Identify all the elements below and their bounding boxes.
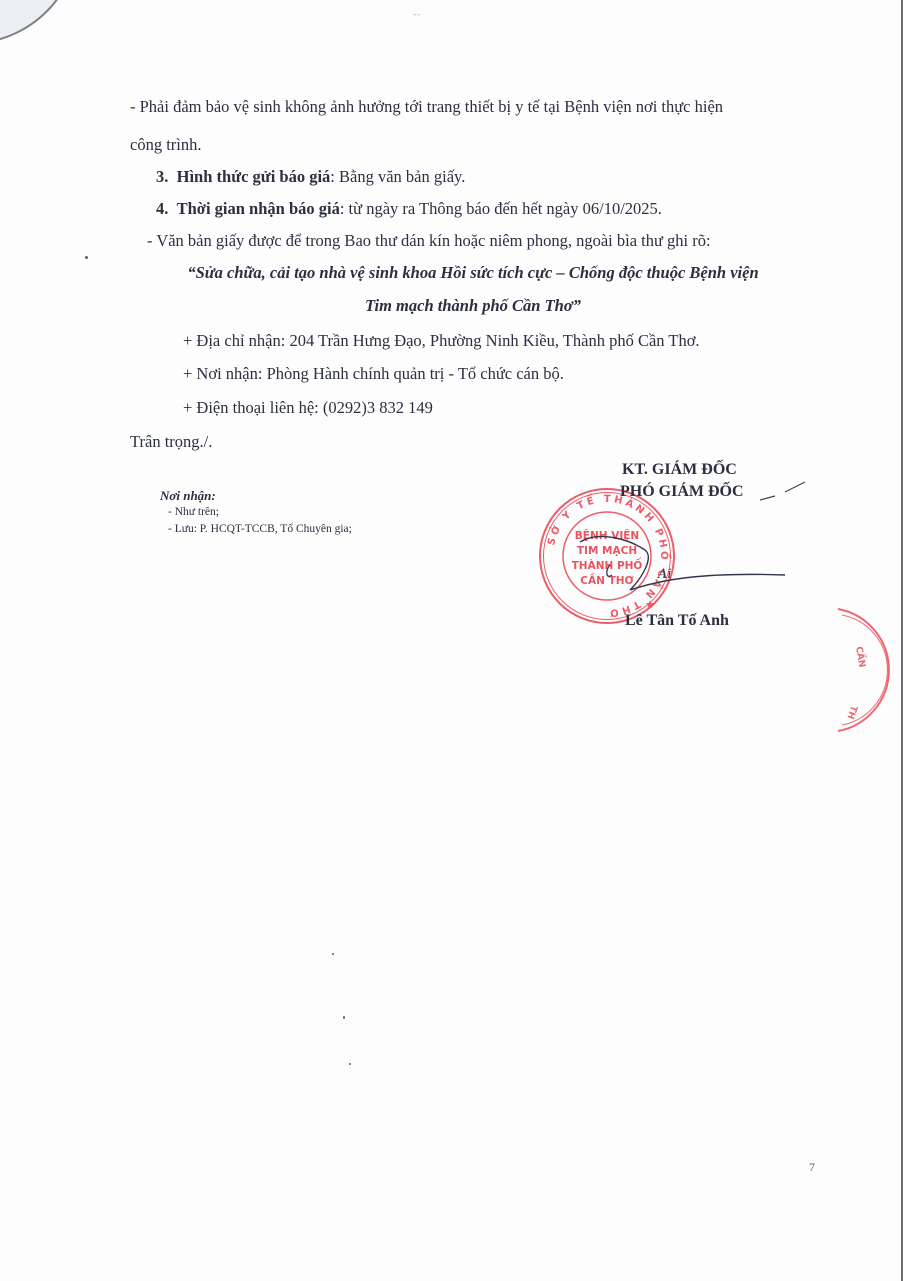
scan-speck (332, 953, 334, 955)
item-4-value: : từ ngày ra Thông báo đến hết ngày 06/1… (340, 199, 662, 218)
item-4-number: 4. (156, 199, 168, 218)
partial-stamp: CẦN TH (780, 605, 903, 735)
svg-text:TH: TH (845, 704, 859, 720)
item-3-label: Hình thức gửi báo giá (177, 167, 331, 186)
document-page: -- - Phải đảm bảo vệ sinh không ảnh hưởn… (0, 0, 903, 1281)
closing: Trân trọng./. (130, 432, 212, 452)
scan-speck (343, 1016, 345, 1019)
scan-speck (85, 256, 88, 259)
signature-scribble: Ai (600, 470, 820, 620)
contact-address: + Địa chỉ nhận: 204 Trần Hưng Đạo, Phườn… (183, 331, 700, 351)
envelope-title-line-2: Tim mạch thành phố Cần Thơ” (120, 296, 826, 316)
item-3-value: : Bằng văn bản giấy. (330, 167, 465, 186)
recipient-item: - Như trên; (168, 505, 219, 519)
page-number: 7 (809, 1160, 815, 1175)
contact-office: + Nơi nhận: Phòng Hành chính quản trị - … (183, 364, 564, 384)
svg-text:Ai: Ai (657, 567, 672, 582)
svg-text:CẦN: CẦN (853, 645, 869, 668)
item-3-number: 3. (156, 167, 168, 186)
scan-speck (349, 1063, 351, 1065)
top-mark: -- (413, 9, 421, 19)
envelope-title-line-1: “Sửa chữa, cải tạo nhà vệ sinh khoa Hồi … (120, 263, 826, 283)
item-4-label: Thời gian nhận báo giá (177, 199, 340, 218)
contact-phone: + Điện thoại liên hệ: (0292)3 832 149 (183, 398, 433, 418)
recipient-item: - Lưu: P. HCQT-TCCB, Tổ Chuyên gia; (168, 522, 352, 536)
recipients-heading: Nơi nhận: (160, 489, 216, 503)
signer-name: Lê Tân Tố Anh (625, 612, 729, 630)
item-3: 3. Hình thức gửi báo giá: Bằng văn bản g… (156, 167, 465, 187)
hygiene-line-1: - Phải đảm bảo vệ sinh không ảnh hưởng t… (130, 97, 723, 117)
page-curl-corner (0, 0, 79, 59)
hygiene-line-2: công trình. (130, 135, 202, 155)
item-4: 4. Thời gian nhận báo giá: từ ngày ra Th… (156, 199, 662, 219)
envelope-note: - Văn bản giấy được để trong Bao thư dán… (147, 231, 711, 251)
